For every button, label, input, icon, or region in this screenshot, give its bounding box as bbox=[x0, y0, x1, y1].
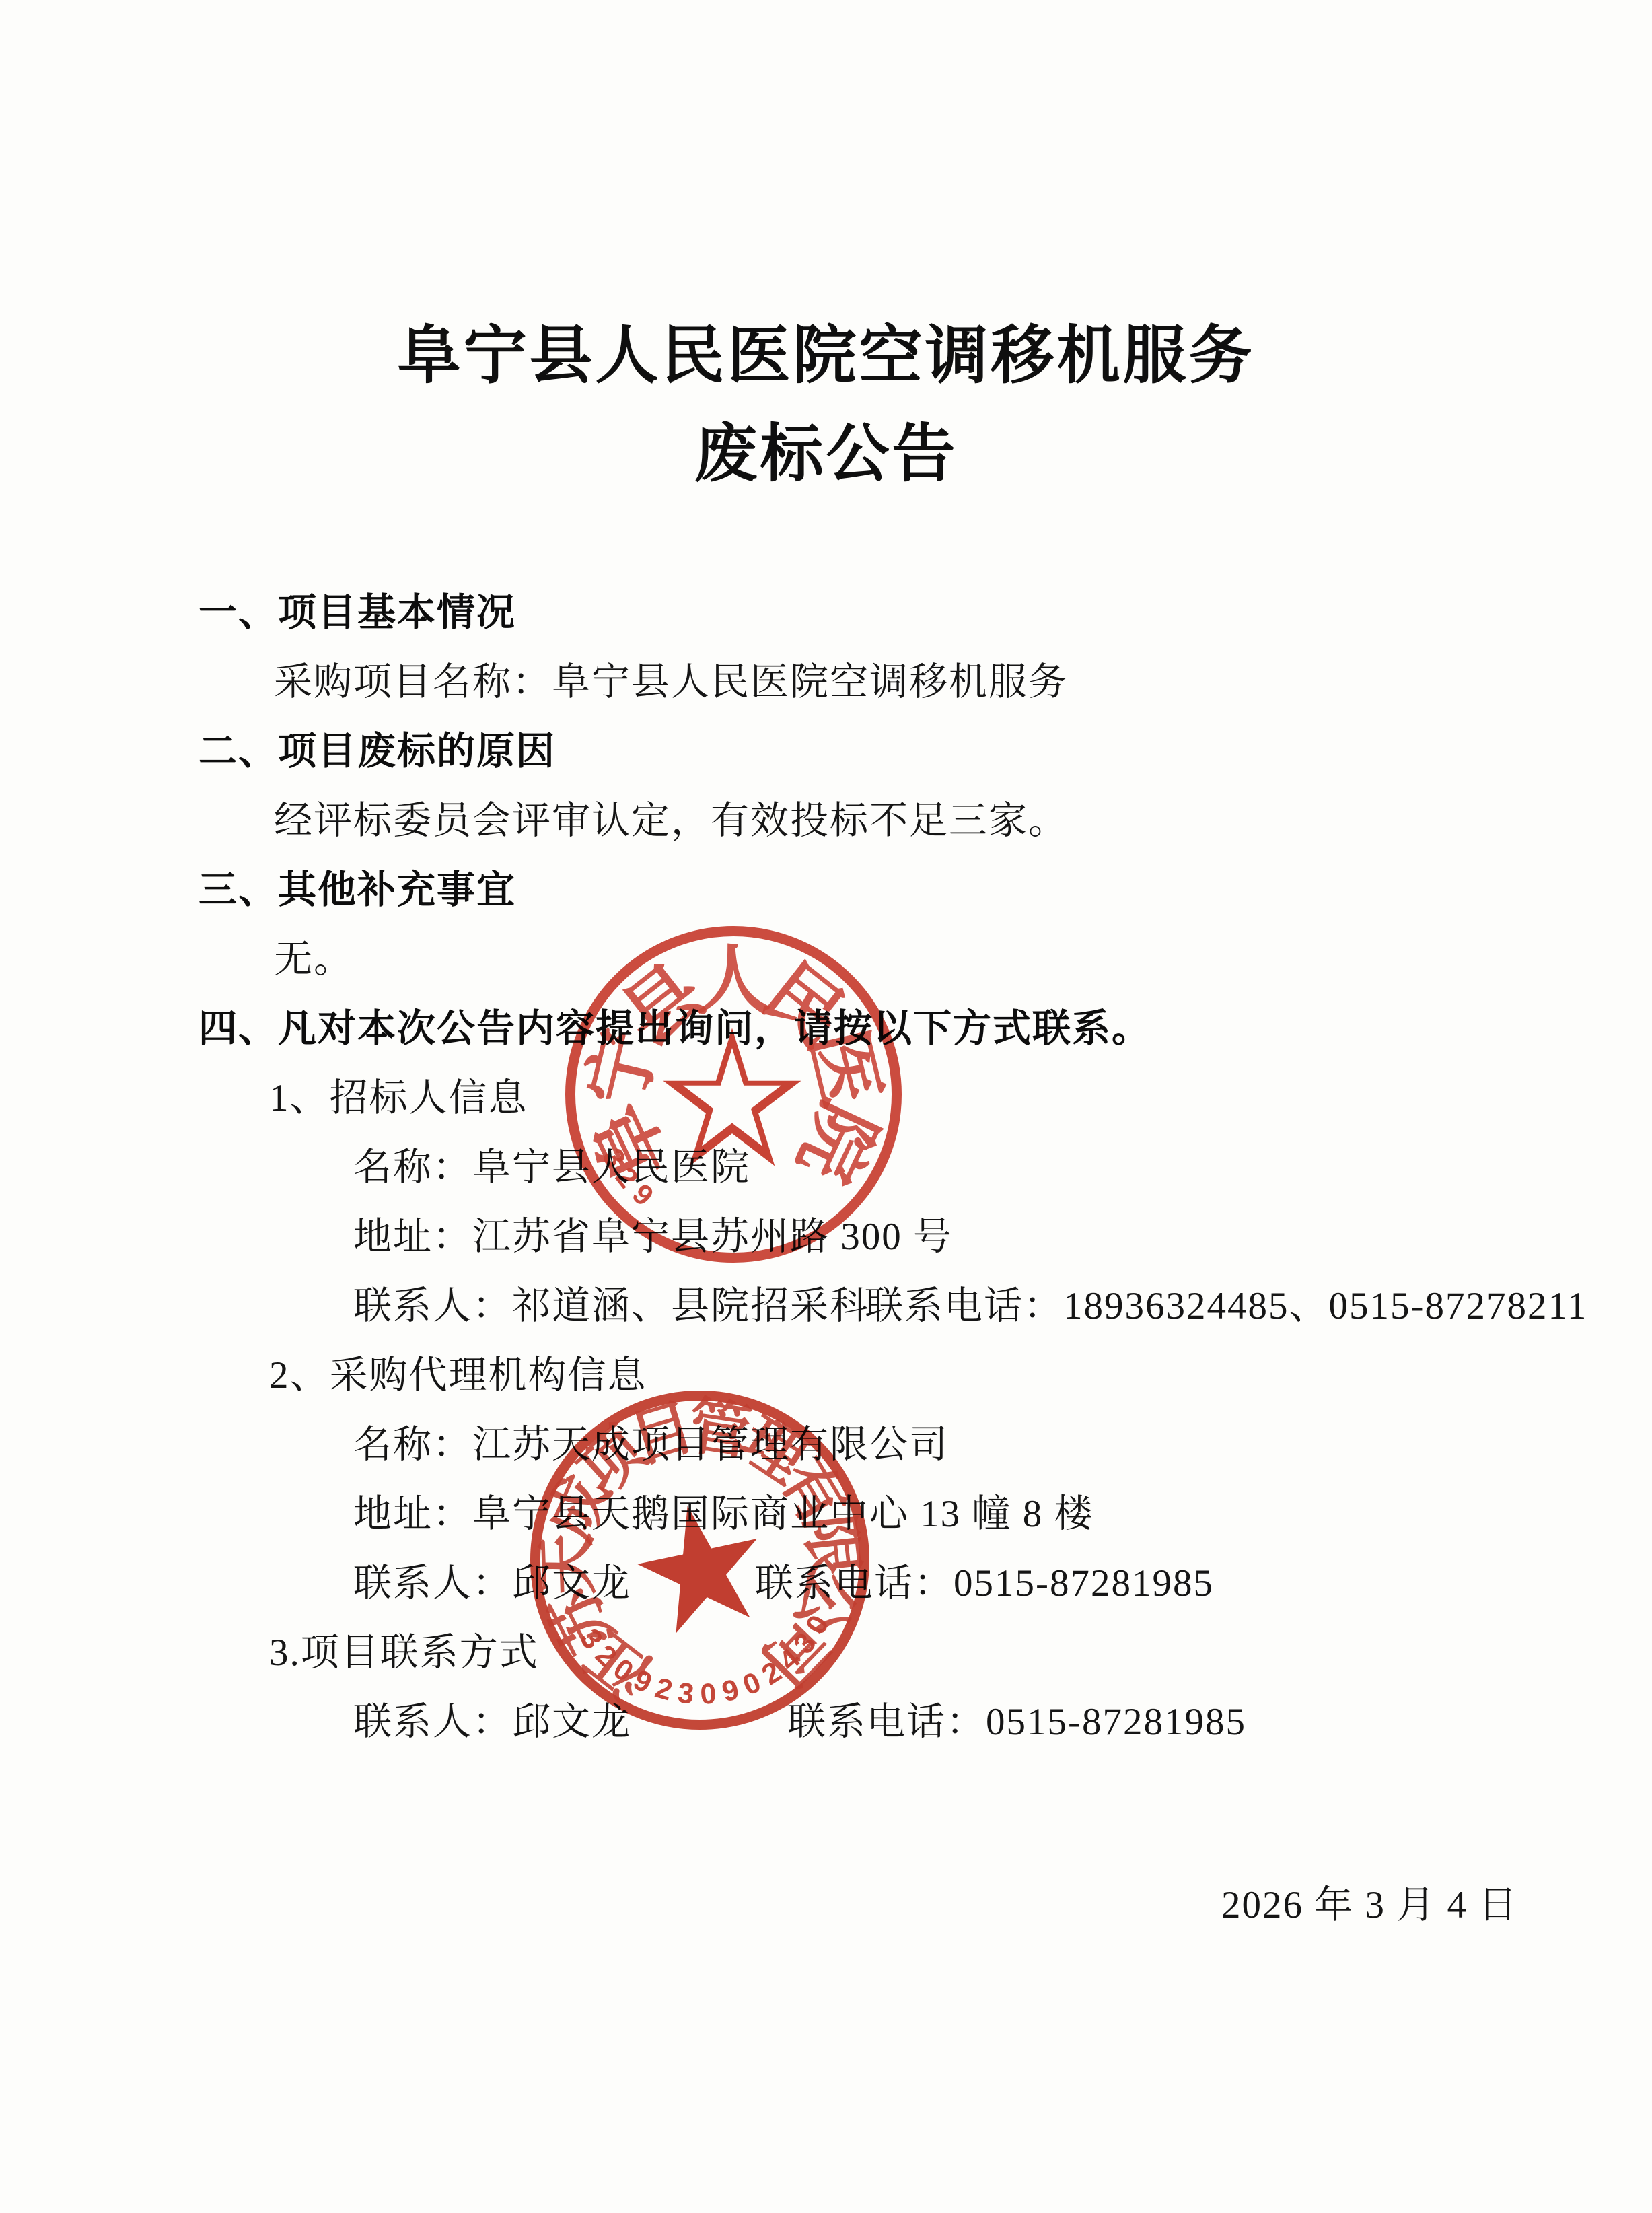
document-title-line1: 阜宁县人民医院空调移机服务 bbox=[0, 304, 1652, 395]
agency-info-heading: 2、采购代理机构信息 bbox=[269, 1354, 647, 1398]
document-title-line2: 废标公告 bbox=[0, 402, 1652, 493]
project-name-line: 采购项目名称：阜宁县人民医院空调移机服务 bbox=[274, 660, 1068, 705]
none-line: 无。 bbox=[274, 938, 353, 982]
tenderer-contact-line: 联系人：祁道涵、县院招采科 bbox=[353, 1284, 869, 1329]
tenderer-info-heading: 1、招标人信息 bbox=[269, 1076, 528, 1121]
document-page: 阜宁县人民医院空调移机服务 废标公告 一、项目基本情况采购项目名称：阜宁县人民医… bbox=[0, 0, 1652, 2213]
cancellation-reason-line: 经评标委员会评审认定，有效投标不足三家。 bbox=[274, 799, 1068, 843]
tenderer-phone-line: 联系电话：18936324485、0515-87278211 bbox=[865, 1284, 1587, 1329]
seal-code-digit: 3 bbox=[676, 1679, 695, 1709]
seal-code-digit: 0 bbox=[699, 1679, 717, 1709]
section-2-heading: 二、项目废标的原因 bbox=[199, 730, 556, 774]
date-line: 2026 年 3 月 4 日 bbox=[1221, 1883, 1518, 1928]
section-3-heading: 三、其他补充事宜 bbox=[199, 868, 516, 913]
official-seal-agency: 江苏天成项目管理有限公司3209230902430 bbox=[519, 1379, 881, 1741]
project-contact-heading: 3.项目联系方式 bbox=[269, 1631, 539, 1675]
section-1-heading: 一、项目基本情况 bbox=[199, 591, 516, 635]
official-seal-hospital: 阜宁县人民医院329 bbox=[565, 926, 902, 1263]
